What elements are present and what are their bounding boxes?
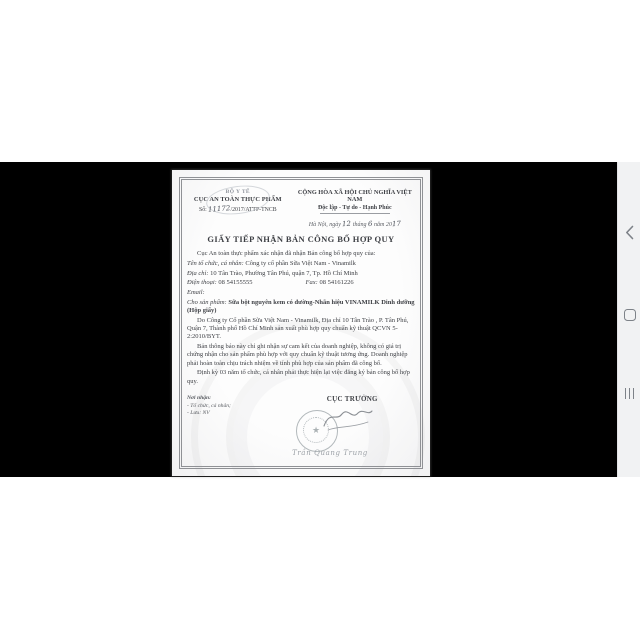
paragraph-disclaimer: Bản thông báo này chỉ ghi nhận sự cam kế… (187, 343, 415, 368)
recents-button[interactable] (618, 380, 640, 406)
recipients-block: Nơi nhận: - Tổ chức, cá nhân; - Lưu: NV (187, 395, 290, 418)
national-header-block: CỘNG HÒA XÃ HỘI CHỦ NGHĨA VIỆT NAM Độc l… (292, 189, 418, 228)
issuer-block: BỘ Y TẾ CỤC AN TOÀN THỰC PHẨM Số: 11172/… (184, 189, 292, 228)
agency-name: CỤC AN TOÀN THỰC PHẨM (184, 196, 292, 203)
document-footer: Nơi nhận: - Tổ chức, cá nhân; - Lưu: NV … (187, 395, 415, 418)
paragraph-manufacturer: Do Công ty Cổ phần Sữa Việt Nam - Vinami… (187, 317, 415, 342)
home-button[interactable] (618, 302, 640, 328)
paragraph-renewal: Định kỳ 03 năm tổ chức, cá nhân phải thự… (187, 369, 415, 386)
document-number-label: Số: (199, 207, 207, 213)
home-icon (624, 309, 636, 321)
date-year-handwritten: 17 (392, 219, 401, 228)
document-header: BỘ Y TẾ CỤC AN TOÀN THỰC PHẨM Số: 11172/… (184, 189, 418, 228)
date-month-handwritten: 6 (368, 219, 373, 227)
seal-star-icon: ★ (312, 426, 320, 435)
document-title: GIẤY TIẾP NHẬN BẢN CÔNG BỐ HỢP QUY (172, 234, 430, 244)
signer-name: Trần Quang Trung (270, 449, 390, 457)
intro-line: Cục An toàn thực phẩm xác nhận đã nhận B… (187, 250, 415, 258)
ministry-name: BỘ Y TẾ (184, 189, 292, 195)
screen: BỘ Y TẾ CỤC AN TOÀN THỰC PHẨM Số: 11172/… (0, 0, 640, 640)
document-number: Số: 11172/2017/ATTP-TNCB (184, 205, 292, 213)
document-body: Cục An toàn thực phẩm xác nhận đã nhận B… (187, 250, 415, 387)
date-day-handwritten: 12 (342, 219, 351, 228)
document-number-handwritten: 11172 (208, 204, 231, 214)
field-fax: Fax: 08 54161226 (306, 279, 354, 287)
document-photo[interactable]: BỘ Y TẾ CỤC AN TOÀN THỰC PHẨM Số: 11172/… (172, 170, 430, 476)
national-motto-line1: CỘNG HÒA XÃ HỘI CHỦ NGHĨA VIỆT NAM (292, 189, 418, 203)
signature-scrawl (322, 406, 374, 434)
national-motto-line2: Độc lập - Tự do - Hạnh Phúc (292, 205, 418, 211)
field-address: Địa chỉ: 10 Tân Trào, Phường Tân Phú, qu… (187, 270, 415, 278)
recipient-item: - Lưu: NV (187, 410, 290, 418)
date-line: Hà Nội, ngày 12 tháng 6 năm 2017 (292, 220, 418, 228)
android-navigation-bar (617, 162, 640, 477)
recipients-title: Nơi nhận: (187, 395, 290, 403)
field-phone-fax: Điện thoại: 08 54155555 Fax: 08 54161226 (187, 279, 415, 287)
recipient-item: - Tổ chức, cá nhân; (187, 403, 290, 411)
back-chevron-icon (625, 225, 634, 240)
back-button[interactable] (618, 219, 640, 245)
motto-underline (320, 213, 390, 214)
field-organization: Tên tổ chức, cá nhân: Công ty cổ phần Sữ… (187, 260, 415, 268)
recents-icon (625, 388, 635, 399)
product-line: Cho sản phẩm: Sữa bột nguyên kem có đườn… (187, 299, 415, 316)
field-email: Email: (187, 289, 415, 297)
document-number-suffix: /2017/ATTP-TNCB (231, 207, 277, 213)
signer-title: CỤC TRƯỞNG (290, 395, 415, 403)
